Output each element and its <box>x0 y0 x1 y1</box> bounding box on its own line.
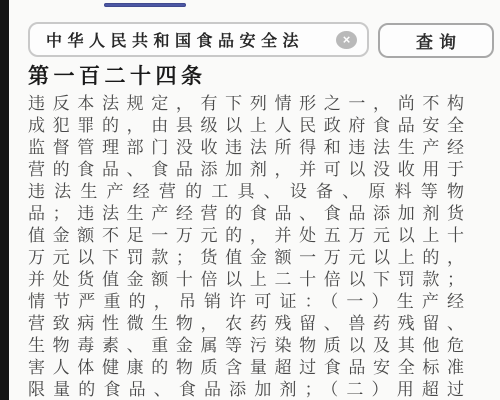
article-line: 营的食品、食品添加剂，并可以没收用于 <box>28 159 468 181</box>
article-line: 营致病性微生物，农药残留、兽药残留、 <box>28 313 468 335</box>
article-title: 第一百二十四条 <box>28 64 474 93</box>
article-line: 万元以下罚款；货值金额一万元以上的， <box>28 247 468 269</box>
article-line: 情节严重的，吊销许可证：（一）生产经 <box>28 291 468 313</box>
app-screen: 中华人民共和国食品安全法 × 查询 第一百二十四条 违反本法规定，有下列情形之一… <box>0 0 500 400</box>
search-bar: 中华人民共和国食品安全法 × 查询 <box>0 0 500 60</box>
article-line: 值金额不足一万元的，并处五万元以上十 <box>28 225 468 247</box>
article-line: 生物毒素、重金属等污染物质以及其他危 <box>28 335 468 357</box>
article-line: 并处货值金额十倍以上二十倍以下罚款； <box>28 269 468 291</box>
article-line: 限量的食品、食品添加剂；（二）用超过 <box>28 379 468 400</box>
search-query-text: 中华人民共和国食品安全法 <box>46 28 336 51</box>
query-button[interactable]: 查询 <box>378 23 494 58</box>
article-line: 违法生产经营的工具、设备、原料等物 <box>28 181 468 203</box>
clear-search-icon[interactable]: × <box>336 31 357 49</box>
article-body: 违反本法规定，有下列情形之一，尚不构成犯罪的，由县级以上人民政府食品安全监督管理… <box>28 93 468 400</box>
search-input[interactable]: 中华人民共和国食品安全法 × <box>28 22 369 57</box>
article-line: 品；违法生产经营的食品、食品添加剂货 <box>28 203 468 225</box>
article-line: 害人体健康的物质含量超过食品安全标准 <box>28 357 468 379</box>
screen-left-edge-bar <box>0 0 9 400</box>
article-section: 第一百二十四条 违反本法规定，有下列情形之一，尚不构成犯罪的，由县级以上人民政府… <box>28 64 474 400</box>
article-line: 监督管理部门没收违法所得和违法生产经 <box>28 137 468 159</box>
article-line: 成犯罪的，由县级以上人民政府食品安全 <box>28 115 468 137</box>
article-line: 违反本法规定，有下列情形之一，尚不构 <box>28 93 468 115</box>
